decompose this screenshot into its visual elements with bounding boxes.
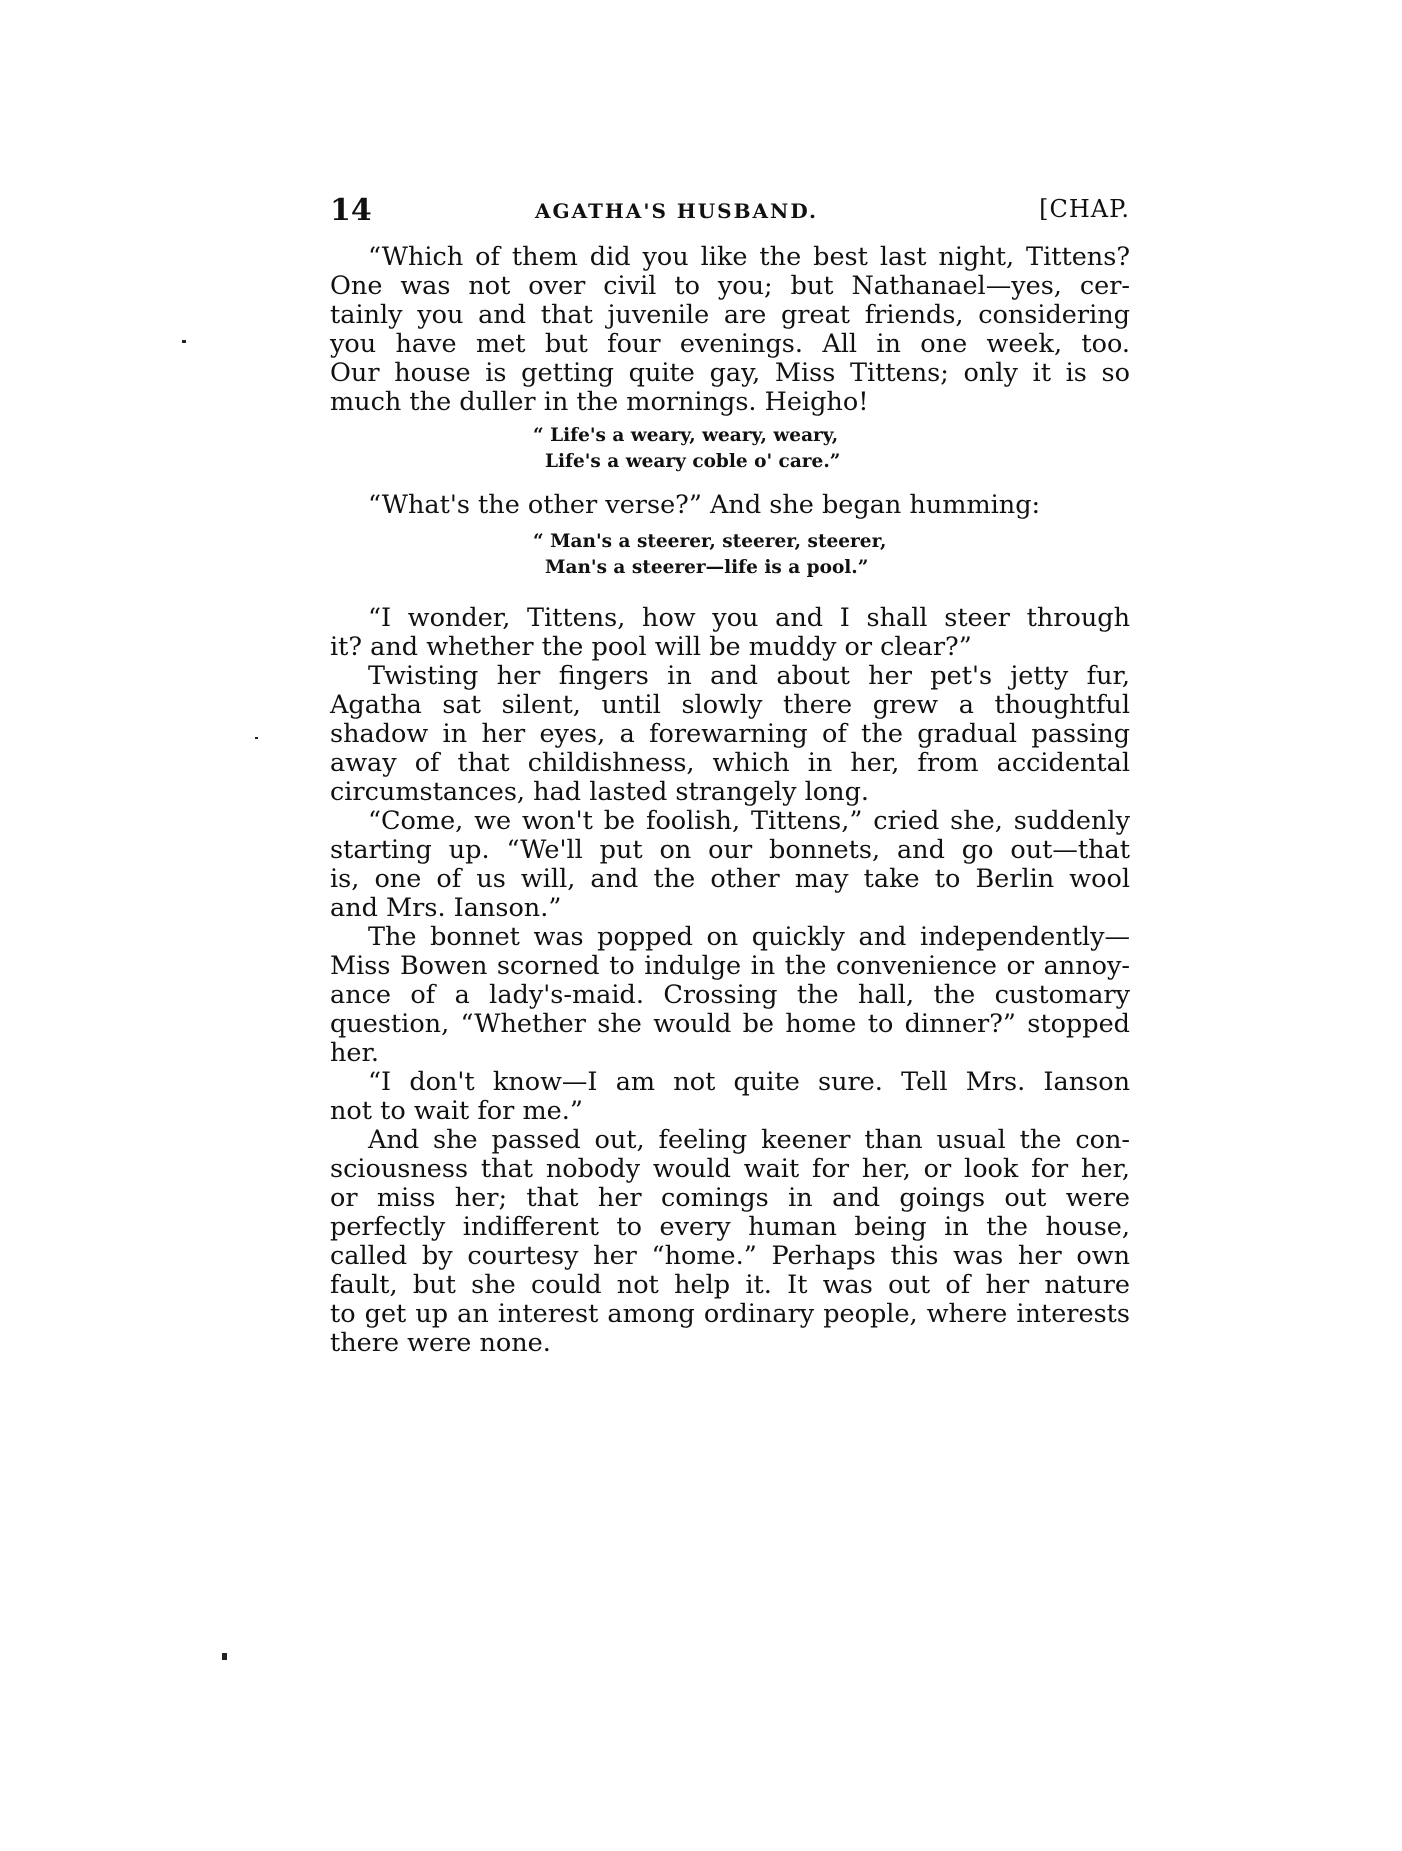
running-title: AGATHA'S HUSBAND. [535, 199, 818, 223]
text-line: Our house is getting quite gay, Miss Tit… [330, 358, 1130, 388]
text-line: question, “Whether she would be home to … [330, 1009, 1130, 1039]
text-line: And she passed out, feeling keener than … [368, 1125, 1130, 1155]
text-line: Twisting her fingers in and about her pe… [368, 661, 1130, 691]
scan-speck [182, 340, 186, 343]
text-line: shadow in her eyes, a forewarning of the… [330, 719, 1130, 749]
text-line: Agatha sat silent, until slowly there gr… [330, 690, 1130, 720]
text-line: her. [330, 1038, 1130, 1068]
text-line: is, one of us will, and the other may ta… [330, 864, 1130, 894]
text-line: away of that childishness, which in her,… [330, 748, 1130, 778]
text-line: ance of a lady's-maid. Crossing the hall… [330, 980, 1130, 1010]
verse-line: Man's a steerer—life is a pool.” [545, 557, 868, 578]
verse-line: Life's a weary coble o' care.” [545, 451, 840, 472]
running-header: 14 AGATHA'S HUSBAND. [CHAP. [330, 193, 1130, 233]
page-number: 14 [330, 193, 372, 228]
text-line: called by courtesy her “home.” Perhaps t… [330, 1241, 1130, 1271]
book-page: 14 AGATHA'S HUSBAND. [CHAP. “Which of th… [0, 0, 1402, 1851]
text-line: One was not over civil to you; but Natha… [330, 271, 1130, 301]
text-line: or miss her; that her comings in and goi… [330, 1183, 1130, 1213]
text-line: it? and whether the pool will be muddy o… [330, 632, 1130, 662]
text-line: sciousness that nobody would wait for he… [330, 1154, 1130, 1184]
text-line: you have met but four evenings. All in o… [330, 329, 1130, 359]
text-line: there were none. [330, 1328, 1130, 1358]
text-line: “What's the other verse?” And she began … [368, 490, 1130, 520]
text-line: circumstances, had lasted strangely long… [330, 777, 1130, 807]
text-line: “I wonder, Tittens, how you and I shall … [368, 603, 1130, 633]
text-line: “I don't know—I am not quite sure. Tell … [368, 1067, 1130, 1097]
verse-line: “ Man's a steerer, steerer, steerer, [533, 531, 886, 552]
text-line: “Which of them did you like the best las… [368, 242, 1130, 272]
chapter-mark: [CHAP. [1039, 195, 1130, 223]
scan-speck [255, 737, 258, 739]
text-line: not to wait for me.” [330, 1096, 1130, 1126]
text-line: “Come, we won't be foolish, Tittens,” cr… [368, 806, 1130, 836]
scan-speck [222, 1653, 227, 1660]
text-line: tainly you and that juvenile are great f… [330, 300, 1130, 330]
text-line: to get up an interest among ordinary peo… [330, 1299, 1130, 1329]
text-line: The bonnet was popped on quickly and ind… [368, 922, 1130, 952]
text-line: starting up. “We'll put on our bonnets, … [330, 835, 1130, 865]
text-line: Miss Bowen scorned to indulge in the con… [330, 951, 1130, 981]
text-line: much the duller in the mornings. Heigho! [330, 387, 1130, 417]
verse-line: “ Life's a weary, weary, weary, [533, 425, 838, 446]
text-line: fault, but she could not help it. It was… [330, 1270, 1130, 1300]
text-line: perfectly indifferent to every human bei… [330, 1212, 1130, 1242]
text-line: and Mrs. Ianson.” [330, 893, 1130, 923]
